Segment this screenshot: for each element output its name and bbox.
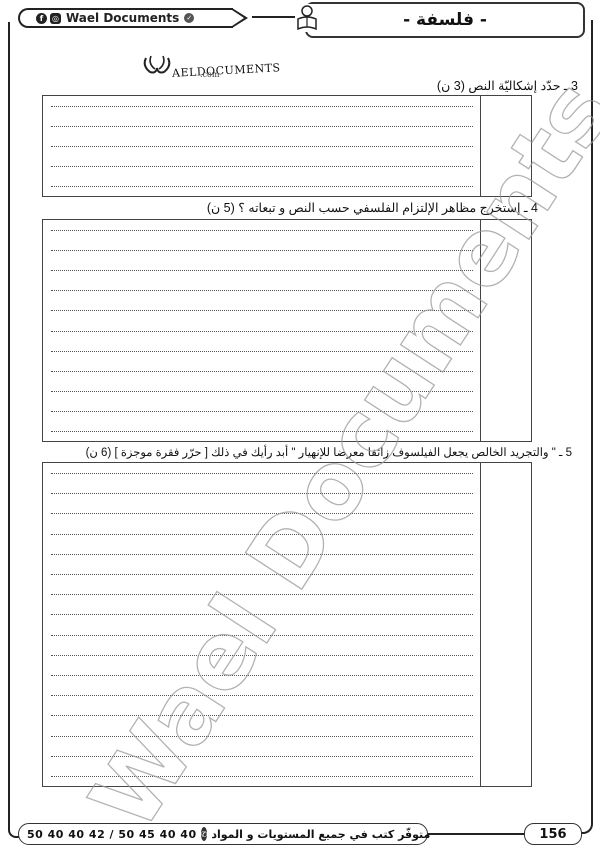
answer-line — [51, 166, 473, 167]
logo-domain: .com — [200, 70, 219, 79]
answer-line — [51, 513, 473, 514]
answer-line — [51, 756, 473, 757]
instagram-icon: ◎ — [50, 13, 61, 24]
answer-line — [51, 534, 473, 535]
answer-line — [51, 695, 473, 696]
grade-margin-column — [480, 96, 531, 196]
answer-line — [51, 493, 473, 494]
brand-banner: f ◎ Wael Documents ✓ — [18, 8, 233, 28]
facebook-icon: f — [36, 13, 47, 24]
question-4-answer-box[interactable] — [42, 219, 532, 442]
logo-text: AELDOCUMENTS — [172, 62, 281, 79]
page-number: 156 — [524, 823, 582, 845]
answer-line — [51, 655, 473, 656]
answer-line — [51, 371, 473, 372]
person-reading-book-icon — [295, 4, 319, 32]
question-4-prompt: 4 ـ إستخرج مظاهر الإلتزام الفلسفي حسب ال… — [207, 200, 538, 215]
answer-line — [51, 186, 473, 187]
answer-line — [51, 146, 473, 147]
answer-line — [51, 391, 473, 392]
answer-line — [51, 574, 473, 575]
answer-line — [51, 594, 473, 595]
header-connector — [252, 16, 298, 18]
answer-line — [51, 351, 473, 352]
answer-line — [51, 614, 473, 615]
answer-line — [51, 715, 473, 716]
answer-line — [51, 675, 473, 676]
grade-margin-column — [480, 463, 531, 786]
question-3-answer-box[interactable] — [42, 95, 532, 197]
question-3-prompt: 3 ـ حدّد إشكاليّة النص (3 ن) — [437, 78, 578, 93]
footer-contact-banner: 50 40 40 42 / 50 45 40 40 ✆ متوفّر كتب ف… — [18, 823, 428, 845]
answer-line — [51, 473, 473, 474]
verified-badge-icon: ✓ — [184, 13, 194, 23]
question-5-answer-box[interactable] — [42, 462, 532, 787]
answer-line — [51, 331, 473, 332]
answer-line — [51, 106, 473, 107]
subject-title: - فلسفة - — [305, 2, 585, 38]
brand-name: Wael Documents — [66, 11, 179, 25]
answer-line — [51, 554, 473, 555]
footer-availability-text: متوفّر كتب في جميع المستويات و المواد — [211, 828, 430, 841]
page-frame-right — [591, 20, 593, 820]
footer-phone-numbers: 50 40 40 42 / 50 45 40 40 — [27, 828, 197, 841]
answer-line — [51, 736, 473, 737]
phone-icon: ✆ — [201, 827, 208, 841]
answer-line — [51, 250, 473, 251]
answer-line — [51, 776, 473, 777]
answer-line — [51, 290, 473, 291]
logo-mark-icon — [142, 52, 172, 76]
page-frame-left — [8, 22, 10, 830]
answer-line — [51, 270, 473, 271]
answer-line — [51, 230, 473, 231]
answer-line — [51, 635, 473, 636]
answer-line — [51, 431, 473, 432]
question-5-prompt: 5 ـ " والتجريد الخالص يجعل الفيلسوف زائف… — [86, 445, 572, 459]
wael-documents-logo: AELDOCUMENTS .com — [142, 52, 281, 76]
answer-line — [51, 126, 473, 127]
answer-line — [51, 310, 473, 311]
answer-line — [51, 411, 473, 412]
grade-margin-column — [480, 220, 531, 441]
